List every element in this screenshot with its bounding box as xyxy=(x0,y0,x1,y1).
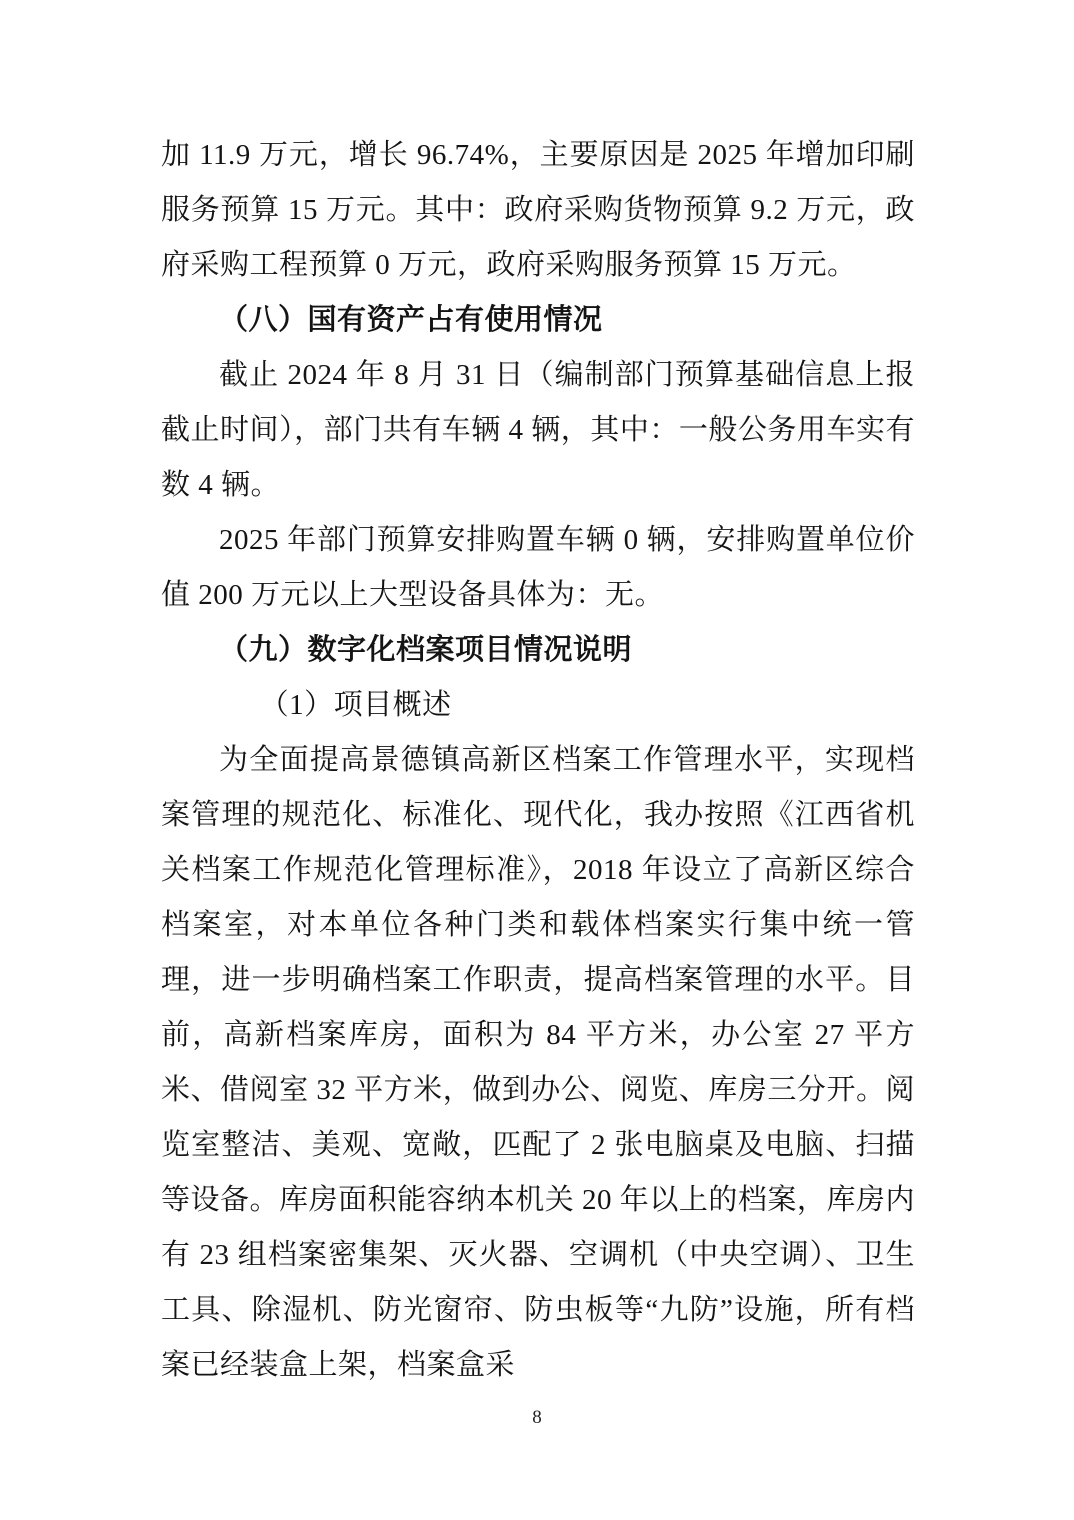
paragraph-vehicles-owned: 截止 2024 年 8 月 31 日（编制部门预算基础信息上报截止时间），部门共… xyxy=(161,348,915,513)
page-number: 8 xyxy=(0,1405,1074,1431)
sub-heading-project-overview: （1）项目概述 xyxy=(161,678,915,733)
document-text-block: 加 11.9 万元，增长 96.74%，主要原因是 2025 年增加印刷服务预算… xyxy=(161,128,915,1393)
document-page: 加 11.9 万元，增长 96.74%，主要原因是 2025 年增加印刷服务预算… xyxy=(0,0,1074,1520)
paragraph-archives-description: 为全面提高景德镇高新区档案工作管理水平，实现档案管理的规范化、标准化、现代化，我… xyxy=(161,733,915,1393)
section-heading-digital-archives: （九）数字化档案项目情况说明 xyxy=(161,623,915,678)
paragraph-procurement-continuation: 加 11.9 万元，增长 96.74%，主要原因是 2025 年增加印刷服务预算… xyxy=(161,128,915,293)
section-heading-state-assets: （八）国有资产占有使用情况 xyxy=(161,293,915,348)
paragraph-vehicle-purchase-plan: 2025 年部门预算安排购置车辆 0 辆，安排购置单位价值 200 万元以上大型… xyxy=(161,513,915,623)
